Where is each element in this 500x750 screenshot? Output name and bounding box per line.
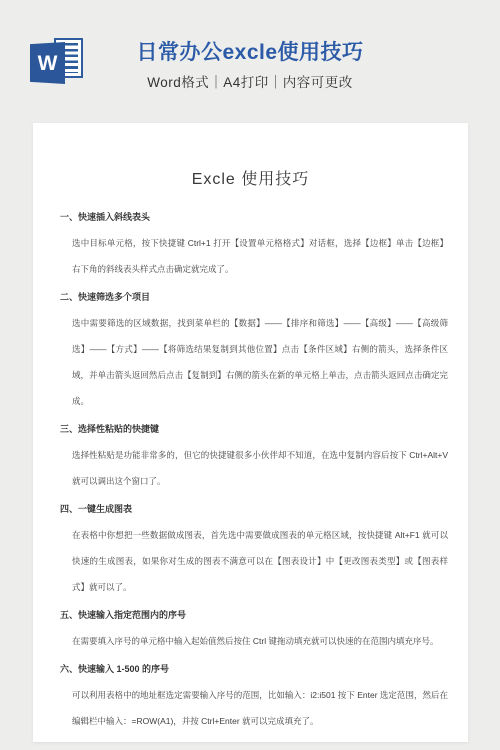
word-icon-letter-glyph: W bbox=[38, 53, 58, 74]
section-heading: 五、快速输入指定范围内的序号 bbox=[60, 602, 448, 628]
document-section: 四、一键生成图表 在表格中你想把一些数据做成图表，首先选中需要做成图表的单元格区… bbox=[33, 496, 468, 600]
section-heading: 三、选择性粘贴的快捷键 bbox=[60, 416, 448, 442]
header: W 日常办公excle使用技巧 Word格式｜A4打印｜内容可更改 bbox=[0, 0, 500, 91]
word-icon-letter: W bbox=[30, 42, 65, 84]
section-heading: 六、快速输入 1-500 的序号 bbox=[60, 656, 448, 682]
document-section: 一、快速插入斜线表头 选中目标单元格，按下快捷键 Ctrl+1 打开【设置单元格… bbox=[33, 204, 468, 282]
document-preview-page: Excle 使用技巧 一、快速插入斜线表头 选中目标单元格，按下快捷键 Ctrl… bbox=[33, 123, 468, 742]
word-icon: W bbox=[30, 38, 83, 85]
section-heading: 四、一键生成图表 bbox=[60, 496, 448, 522]
section-body: 选中需要筛选的区域数据，找到菜单栏的【数据】——【排序和筛选】——【高级】——【… bbox=[72, 310, 448, 414]
document-section: 六、快速输入 1-500 的序号 可以利用表格中的地址框选定需要输入序号的范围，… bbox=[33, 656, 468, 734]
section-heading: 二、快速筛选多个项目 bbox=[60, 284, 448, 310]
document-title: Excle 使用技巧 bbox=[33, 123, 468, 193]
document-section: 二、快速筛选多个项目 选中需要筛选的区域数据，找到菜单栏的【数据】——【排序和筛… bbox=[33, 284, 468, 414]
document-section: 五、快速输入指定范围内的序号 在需要填入序号的单元格中输入起始值然后按住 Ctr… bbox=[33, 602, 468, 654]
section-body: 选择性粘贴是功能非常多的，但它的快捷键很多小伙伴却不知道，在选中复制内容后按下 … bbox=[72, 442, 448, 494]
section-body: 在表格中你想把一些数据做成图表，首先选中需要做成图表的单元格区域，按快捷键 Al… bbox=[72, 522, 448, 600]
section-heading: 一、快速插入斜线表头 bbox=[60, 204, 448, 230]
document-section: 三、选择性粘贴的快捷键 选择性粘贴是功能非常多的，但它的快捷键很多小伙伴却不知道… bbox=[33, 416, 468, 494]
section-body: 可以利用表格中的地址框选定需要输入序号的范围，比如输入：i2:i501 按下 E… bbox=[72, 682, 448, 734]
section-body: 在需要填入序号的单元格中输入起始值然后按住 Ctrl 键拖动填充就可以快速的在范… bbox=[72, 628, 448, 654]
section-body: 选中目标单元格，按下快捷键 Ctrl+1 打开【设置单元格格式】对话框，选择【边… bbox=[72, 230, 448, 282]
document-sections: 一、快速插入斜线表头 选中目标单元格，按下快捷键 Ctrl+1 打开【设置单元格… bbox=[33, 204, 468, 734]
